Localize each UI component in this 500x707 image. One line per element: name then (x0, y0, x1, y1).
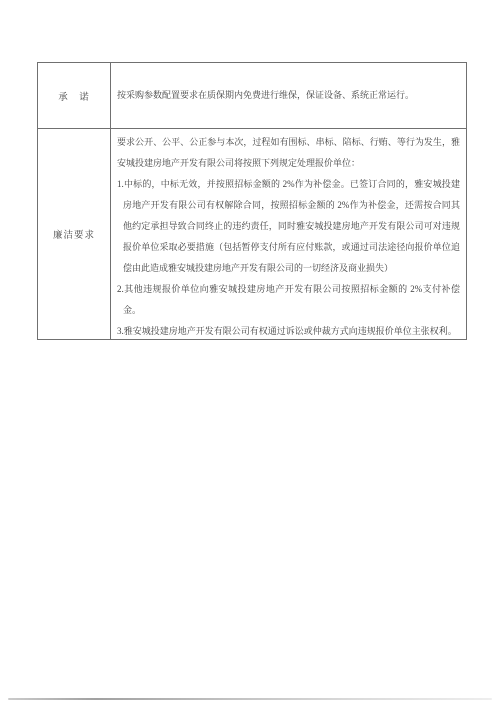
integrity-cell: 要求公开、公平、公正参与本次，过程如有围标、串标、陪标、行贿、等行为发生，雅安城… (111, 129, 466, 339)
integrity-clause-2: 2.其他违规报价单位向雅安城投建房地产开发有限公司按照招标金额的 2%支付补偿金… (117, 279, 460, 321)
commitment-text: 按采购参数配置要求在质保期内免费进行维保，保证设备、系统正常运行。 (117, 85, 414, 106)
row-label-commitment: 承 诺 (38, 63, 111, 128)
integrity-clause-3: 3.雅安城投建房地产开发有限公司有权通过诉讼或仲裁方式向违规报价单位主张权利。 (117, 321, 460, 339)
page-bottom-scan-edge (8, 698, 492, 700)
requirements-table: 承 诺 按采购参数配置要求在质保期内免费进行维保，保证设备、系统正常运行。 廉洁… (37, 62, 467, 340)
table-row-commitment: 承 诺 按采购参数配置要求在质保期内免费进行维保，保证设备、系统正常运行。 (38, 63, 466, 129)
commitment-cell: 按采购参数配置要求在质保期内免费进行维保，保证设备、系统正常运行。 (111, 63, 466, 128)
scanned-document-page: 承 诺 按采购参数配置要求在质保期内免费进行维保，保证设备、系统正常运行。 廉洁… (0, 0, 500, 707)
integrity-clause-1: 1.中标的，中标无效，并按照招标金额的 2%作为补偿金。已签订合同的，雅安城投建… (117, 174, 460, 279)
table-row-integrity: 廉洁要求 要求公开、公平、公正参与本次，过程如有围标、串标、陪标、行贿、等行为发… (38, 129, 466, 339)
row-label-integrity: 廉洁要求 (38, 129, 111, 339)
integrity-intro-text: 要求公开、公平、公正参与本次，过程如有围标、串标、陪标、行贿、等行为发生，雅安城… (117, 132, 460, 174)
